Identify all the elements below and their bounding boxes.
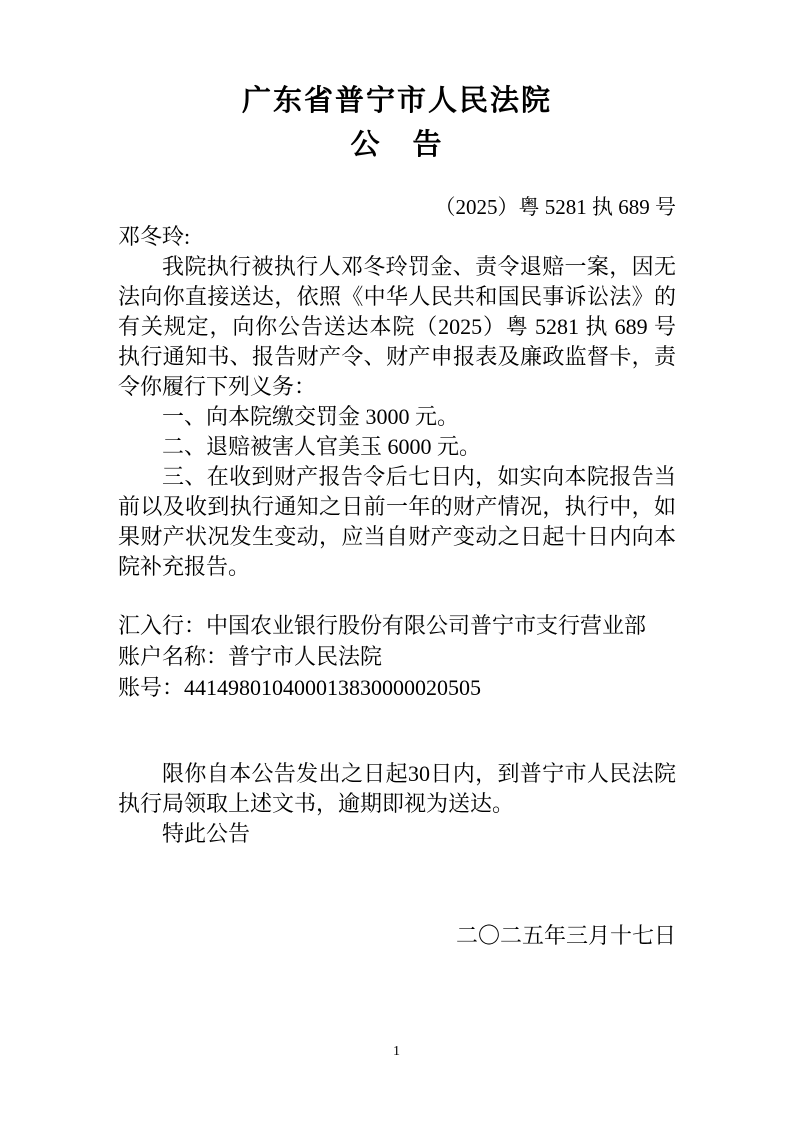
- case-number: （2025）粤 5281 执 689 号: [118, 192, 676, 222]
- account-name-line: 账户名称：普宁市人民法院: [118, 641, 676, 672]
- account-number-line: 账号：441498010400013830000020505: [118, 672, 676, 703]
- closing-statement: 特此公告: [118, 819, 676, 849]
- remit-bank-line: 汇入行：中国农业银行股份有限公司普宁市支行营业部: [118, 610, 676, 641]
- addressee: 邓冬玲:: [118, 222, 676, 252]
- intro-paragraph: 我院执行被执行人邓冬玲罚金、责令退赔一案，因无法向你直接送达，依照《中华人民共和…: [118, 252, 676, 402]
- obligation-item-1: 一、向本院缴交罚金 3000 元。: [118, 402, 676, 432]
- document-page: 广东省普宁市人民法院 公 告 （2025）粤 5281 执 689 号 邓冬玲:…: [0, 0, 793, 1122]
- court-name: 广东省普宁市人民法院: [118, 82, 676, 120]
- page-number: 1: [0, 1044, 793, 1060]
- issue-date: 二〇二五年三月十七日: [118, 921, 676, 951]
- obligation-item-2: 二、退赔被害人官美玉 6000 元。: [118, 432, 676, 462]
- notice-title: 公 告: [118, 126, 676, 164]
- bank-info-block: 汇入行：中国农业银行股份有限公司普宁市支行营业部 账户名称：普宁市人民法院 账号…: [118, 610, 676, 703]
- deadline-paragraph: 限你自本公告发出之日起30日内，到普宁市人民法院执行局领取上述文书，逾期即视为送…: [118, 759, 676, 819]
- obligation-item-3: 三、在收到财产报告令后七日内，如实向本院报告当前以及收到执行通知之日前一年的财产…: [118, 462, 676, 582]
